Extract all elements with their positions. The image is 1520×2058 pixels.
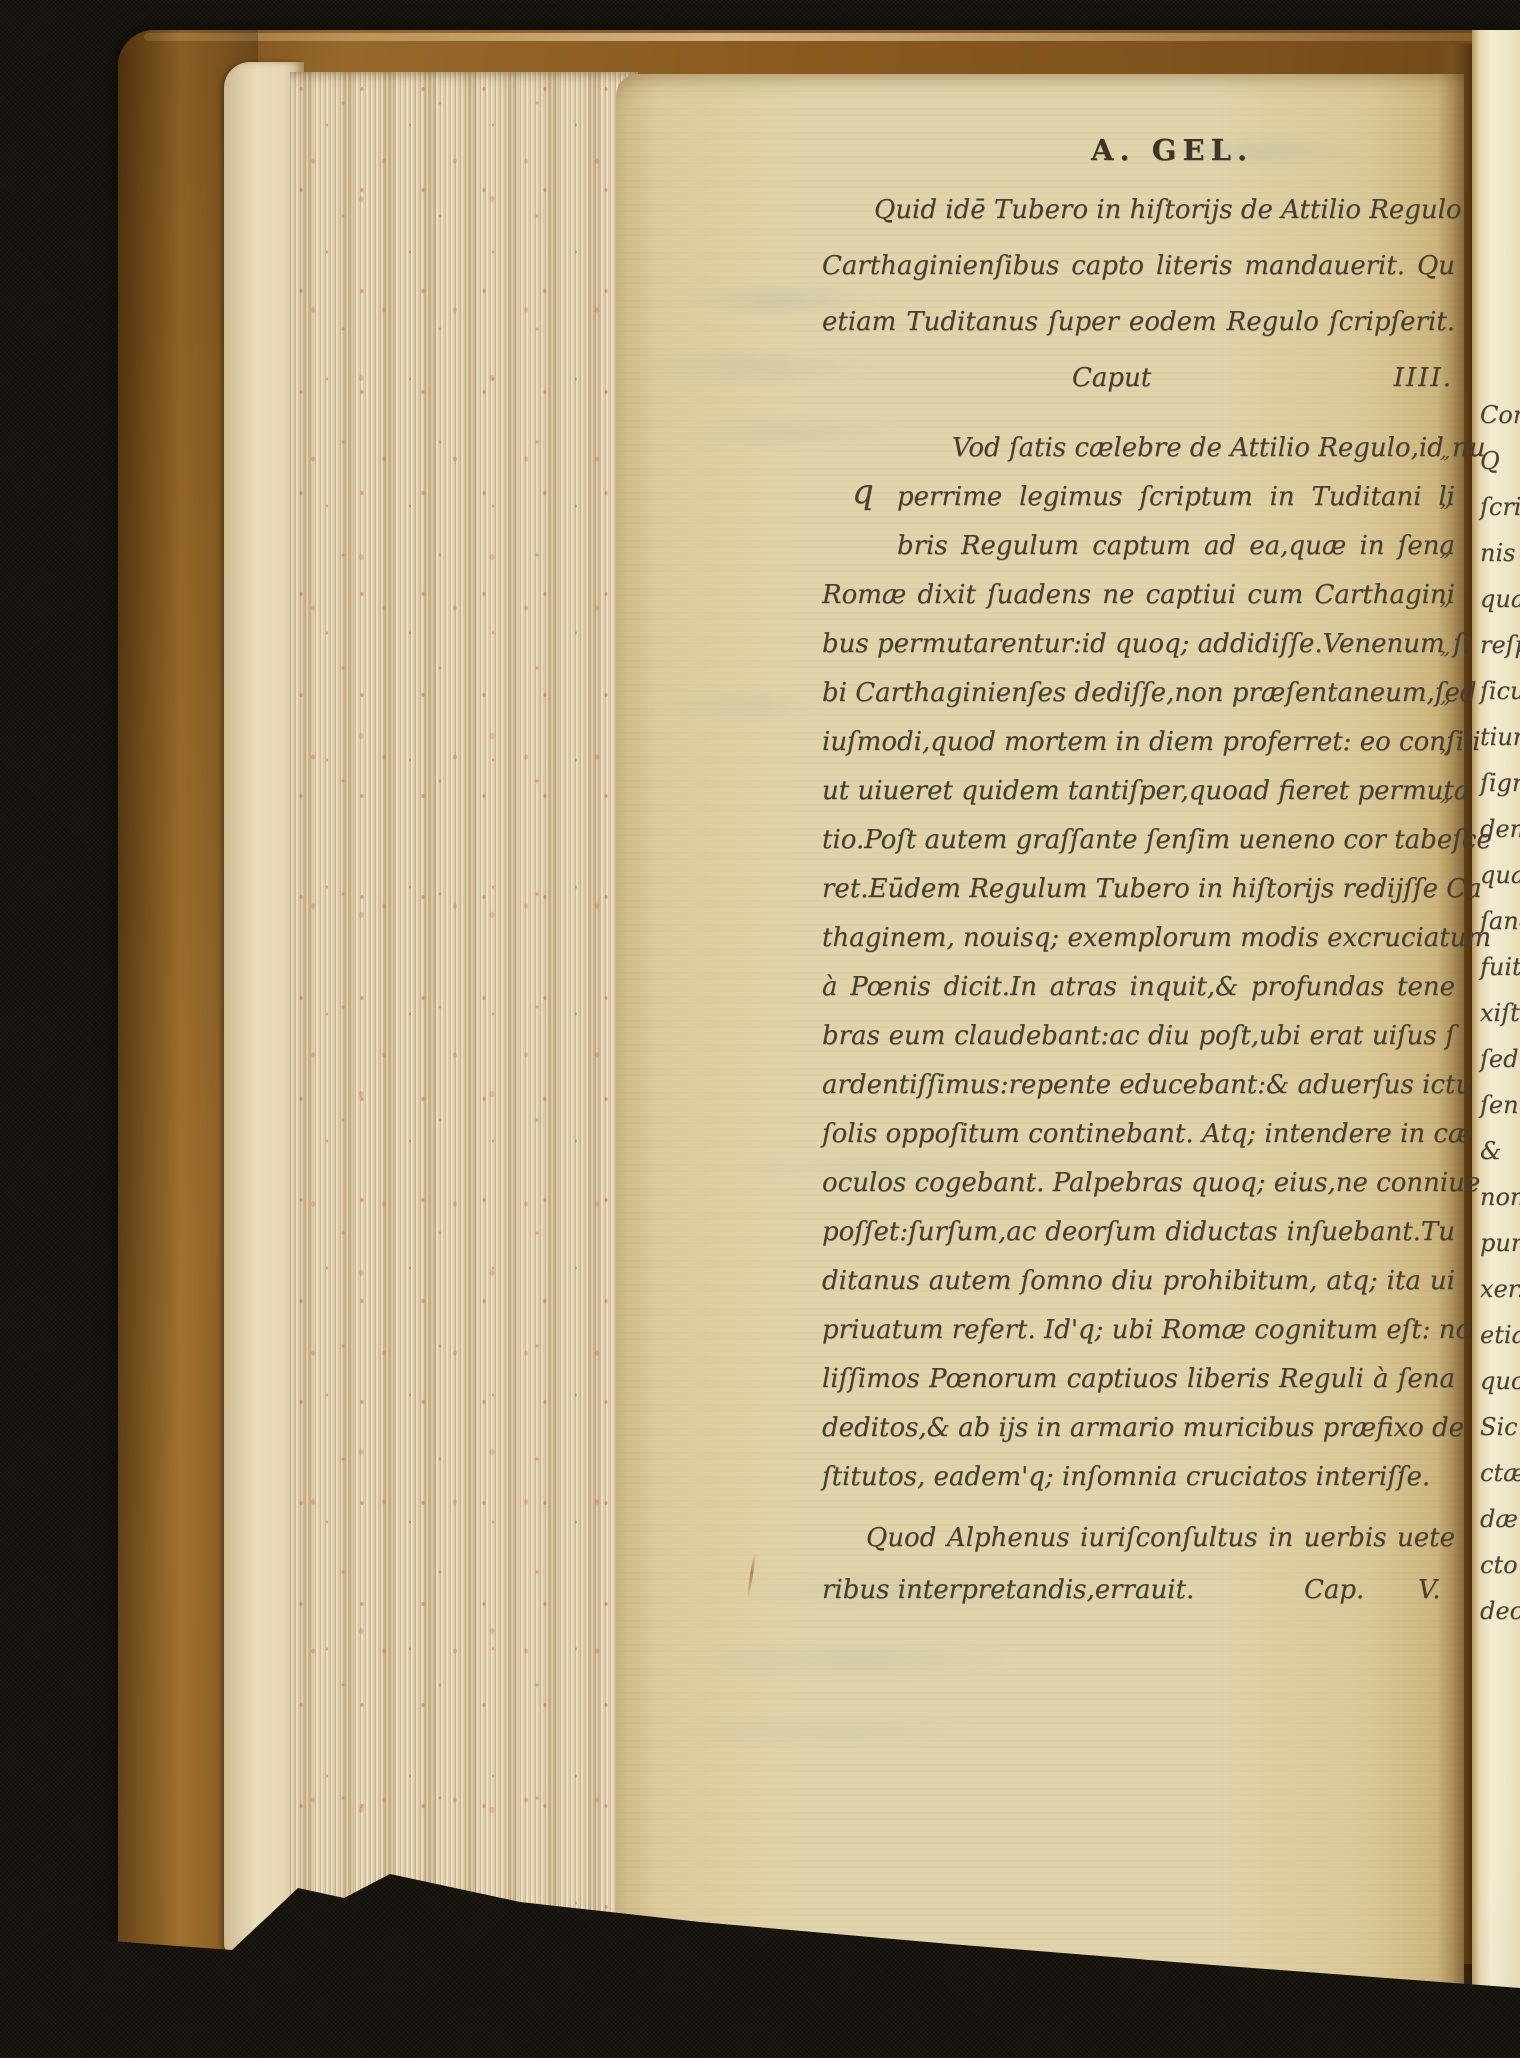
chapter-text-line: deditos,& ab ijs in armario muricibus pr…	[822, 1404, 1455, 1453]
facing-text-fragment: ſent	[1480, 1082, 1520, 1128]
facing-text-fragment: cto	[1480, 1542, 1520, 1588]
facing-text-fragment: ctæ	[1480, 1450, 1520, 1496]
chapter-text-line: bras eum claudebant:ac diu poſt,ubi erat…	[822, 1012, 1455, 1061]
facing-text-fragment: nis	[1480, 530, 1520, 576]
caput-label: Cap.	[1304, 1564, 1364, 1616]
facing-text-fragment: dem	[1480, 806, 1520, 852]
facing-text-fragment: xiſt	[1480, 990, 1520, 1036]
chapter-text-line: à Pœnis dicit.In atras inquit,& profunda…	[822, 963, 1455, 1012]
facing-text-fragment: qua	[1480, 852, 1520, 898]
facing-text-fragment: ſign	[1480, 760, 1520, 806]
chapter-text-line: priuatum refert. Id'q; ubi Romæ cognitum…	[822, 1306, 1455, 1355]
facing-text-fragment: ſed	[1480, 1036, 1520, 1082]
facing-text-fragment: quo	[1480, 1358, 1520, 1404]
margin-quote-marks: „„„„„„„„	[1441, 424, 1451, 816]
facing-text-fragment: Q	[1480, 438, 1520, 484]
chapter-text-line: ſolis oppoſitum continebant. Atq; intend…	[822, 1110, 1455, 1159]
chapter-text-line: bris Regulum captum ad ea,quæ in ſena	[822, 522, 1455, 571]
facing-text-fragment: qua	[1480, 576, 1520, 622]
facing-text-fragment: deci	[1480, 1588, 1520, 1634]
facing-text-fragment: etia	[1480, 1312, 1520, 1358]
chapter-text-line: ardentiſſimus:repente educebant:& aduerſ…	[822, 1061, 1455, 1110]
facing-text-fragment: fuit	[1480, 944, 1520, 990]
chapter-text-line: perrime legimus ſcriptum in Tuditani li	[822, 473, 1455, 522]
chapter-5-argument: Quod Alphenus iuriſconſultus in uerbis u…	[822, 1512, 1455, 1616]
facing-text-fragment: xer.	[1480, 1266, 1520, 1312]
facing-text-fragment: tiun	[1480, 714, 1520, 760]
open-book-photo: A. GEL. Quid idē Tubero in hiſtorijs de …	[0, 0, 1520, 2058]
argument-line-end: ribus interpretandis,errauit.	[822, 1575, 1194, 1605]
argument-line: Quid idē Tubero in hiſtorijs de Attilio …	[822, 182, 1455, 238]
chapter-text-line: bus permutarentur:id quoq; addidiſſe.Ven…	[822, 620, 1455, 669]
argument-line: Quod Alphenus iuriſconſultus in uerbis u…	[822, 1512, 1455, 1564]
facing-text-fragment: ſane	[1480, 898, 1520, 944]
caput-label: Caput	[1072, 350, 1151, 406]
argument-line: etiam Tuditanus ſuper eodem Regulo ſcrip…	[822, 294, 1455, 350]
chapter-text-line: Vod ſatis cælebre de Attilio Regulo,id n…	[822, 424, 1455, 473]
facing-text-fragment: reſp	[1480, 622, 1520, 668]
chapter-text-line: Romæ dixit ſuadens ne captiui cum Cartha…	[822, 571, 1455, 620]
chapter-text-line: ſtitutos, eadem'q; inſomnia cruciatos in…	[822, 1453, 1455, 1502]
chapter-4-text: Vod ſatis cælebre de Attilio Regulo,id n…	[822, 424, 1455, 1502]
facing-page-text-fragments: ConQſcrinisquareſpſicutiunſigndemquaſane…	[1480, 392, 1520, 1634]
chapter-text-line: ret.Eūdem Regulum Tubero in hiſtorijs re…	[822, 865, 1455, 914]
facing-text-fragment: Sic	[1480, 1404, 1520, 1450]
argument-line: Carthaginienſibus capto literis mandauer…	[822, 238, 1455, 294]
facing-text-fragment: non	[1480, 1174, 1520, 1220]
chapter-text-line: poſſet:ſurſum,ac deorſum diductas inſueb…	[822, 1208, 1455, 1257]
chapter-text-line: liſſimos Pœnorum captiuos liberis Reguli…	[822, 1355, 1455, 1404]
chapter-text-line: ditanus autem ſomno diu prohibitum, atq;…	[822, 1257, 1455, 1306]
chapter-text-line: tio.Poſt autem graſſante ſenſim ueneno c…	[822, 816, 1455, 865]
chapter-4-argument: Quid idē Tubero in hiſtorijs de Attilio …	[822, 182, 1455, 406]
drop-cap-guide-letter: q	[852, 472, 874, 512]
caput-row: Caput IIII.	[822, 350, 1455, 406]
page-block-fore-edge	[290, 72, 638, 1956]
facing-text-fragment: Con	[1480, 392, 1520, 438]
chapter-text-line: bi Carthaginienſes dediſſe,non præſentan…	[822, 669, 1455, 718]
chapter-text-line: oculos cogebant. Palpebras quoq; eius,ne…	[822, 1159, 1455, 1208]
chapter-text-line: ut uiueret quidem tantiſper,quoad fieret…	[822, 767, 1455, 816]
chapter-body-lines: Romæ dixit ſuadens ne captiui cum Cartha…	[822, 571, 1455, 1502]
caput-number: IIII.	[1394, 350, 1455, 406]
facing-text-fragment: ſcri	[1480, 484, 1520, 530]
facing-text-fragment: pur	[1480, 1220, 1520, 1266]
chapter-text-line: iuſmodi,quod mortem in diem proferret: e…	[822, 718, 1455, 767]
facing-text-fragment: ſicu	[1480, 668, 1520, 714]
running-header: A. GEL.	[1091, 133, 1253, 167]
chapter-text-line: thaginem, nouisq; exemplorum modis excru…	[822, 914, 1455, 963]
argument-caput-row: ribus interpretandis,errauit. Cap. V.	[822, 1564, 1455, 1616]
caput-number: V.	[1418, 1564, 1441, 1616]
facing-text-fragment: &	[1480, 1128, 1520, 1174]
facing-text-fragment: dæ	[1480, 1496, 1520, 1542]
